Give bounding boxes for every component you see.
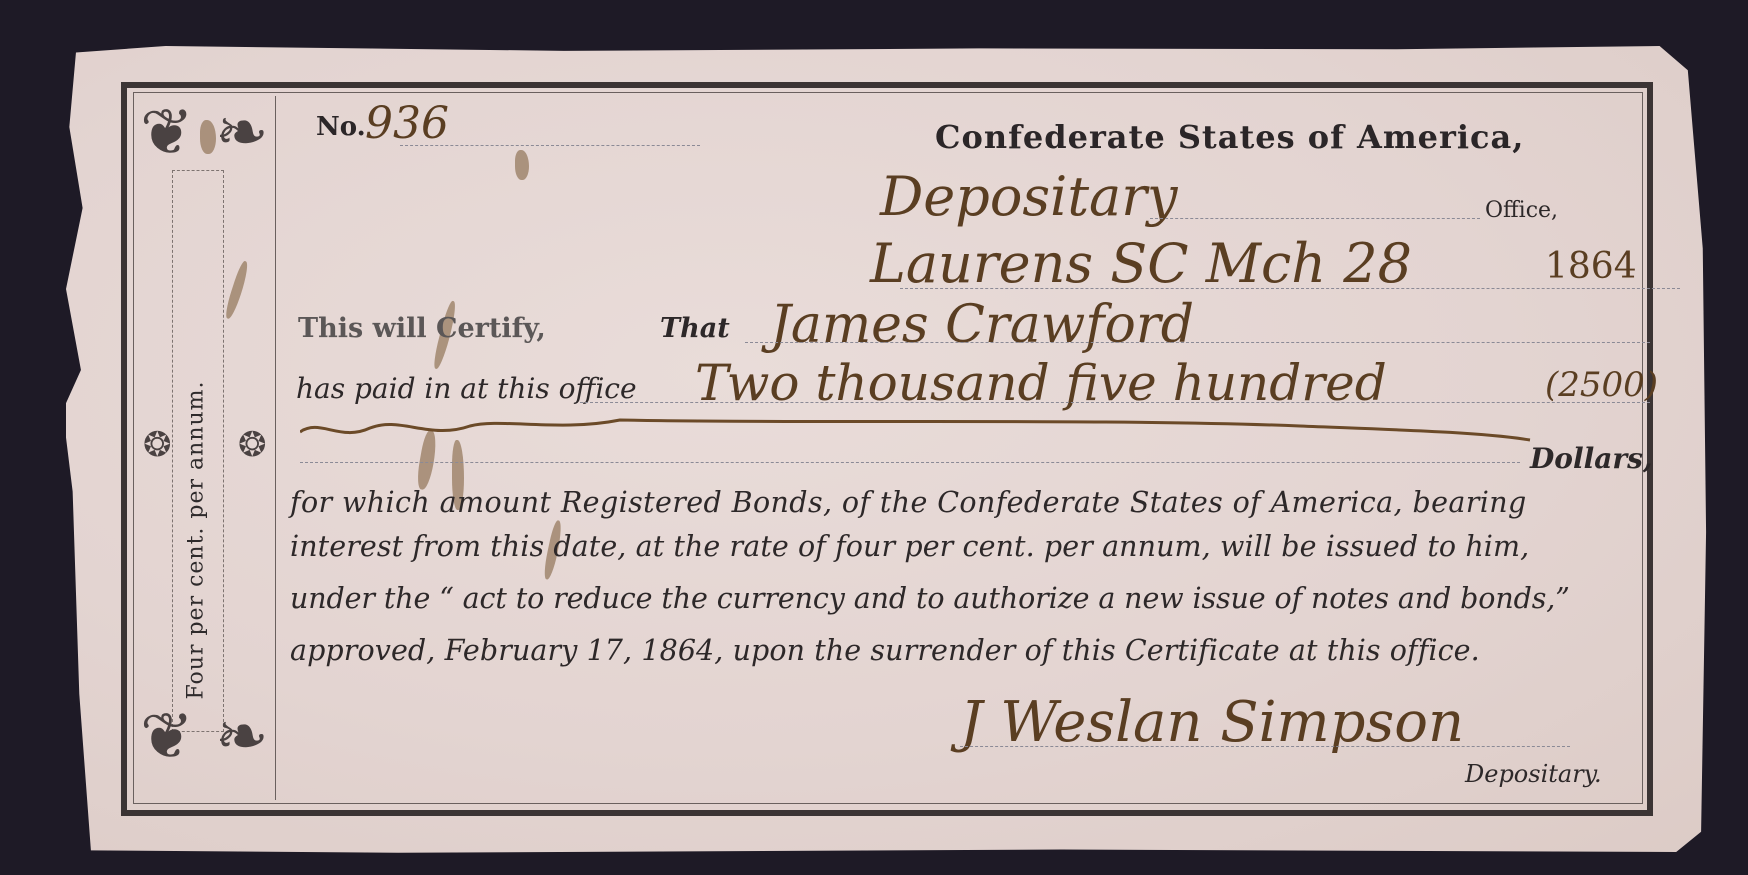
- year: 1864: [1545, 246, 1637, 287]
- office-line: [1150, 218, 1480, 219]
- rosette-icon: ❂: [238, 425, 267, 465]
- body-line-2: interest from this date, at the rate of …: [290, 530, 1529, 563]
- payee-line: [745, 342, 1650, 343]
- body-line-1: for which amount Registered Bonds, of th…: [290, 486, 1527, 519]
- ink-stain: [515, 150, 529, 180]
- scroll-ornament-icon: ❦: [140, 700, 194, 774]
- that-label: That: [660, 313, 730, 344]
- rosette-icon: ❂: [143, 425, 172, 465]
- scroll-ornament-icon: ❧: [215, 96, 269, 170]
- place-date: Laurens SC Mch 28: [870, 232, 1412, 295]
- stub-interest-text: Four per cent. per annum.: [184, 380, 209, 699]
- certificate-number: 936: [365, 98, 449, 149]
- office-label: Office,: [1485, 198, 1558, 223]
- scroll-ornament-icon: ❧: [215, 700, 269, 774]
- amount-words: Two thousand five hundred: [695, 354, 1387, 412]
- scroll-ornament-icon: ❦: [140, 96, 194, 170]
- ink-stain: [200, 120, 216, 154]
- body-line-3: under the “ act to reduce the currency a…: [290, 582, 1570, 615]
- amount-figures: (2500): [1545, 365, 1658, 405]
- amount-line: [580, 402, 1650, 403]
- date-line: [900, 288, 1680, 289]
- amount-line-2: [300, 462, 1520, 463]
- certificate-number-label: No.: [316, 112, 366, 142]
- office-name: Depositary: [880, 165, 1178, 228]
- certificate-heading: Confederate States of America,: [935, 118, 1524, 156]
- number-line: [400, 145, 700, 146]
- amount-flourish: [300, 410, 1540, 450]
- payee-name: James Crawford: [770, 295, 1194, 355]
- paid-label: has paid in at this office: [296, 372, 637, 405]
- dollars-label: Dollars,: [1530, 442, 1653, 475]
- signer-title: Depositary.: [1465, 760, 1602, 788]
- certify-label: This will Certify,: [298, 313, 546, 344]
- body-line-4: approved, February 17, 1864, upon the su…: [290, 634, 1480, 667]
- signature-line: [960, 746, 1570, 747]
